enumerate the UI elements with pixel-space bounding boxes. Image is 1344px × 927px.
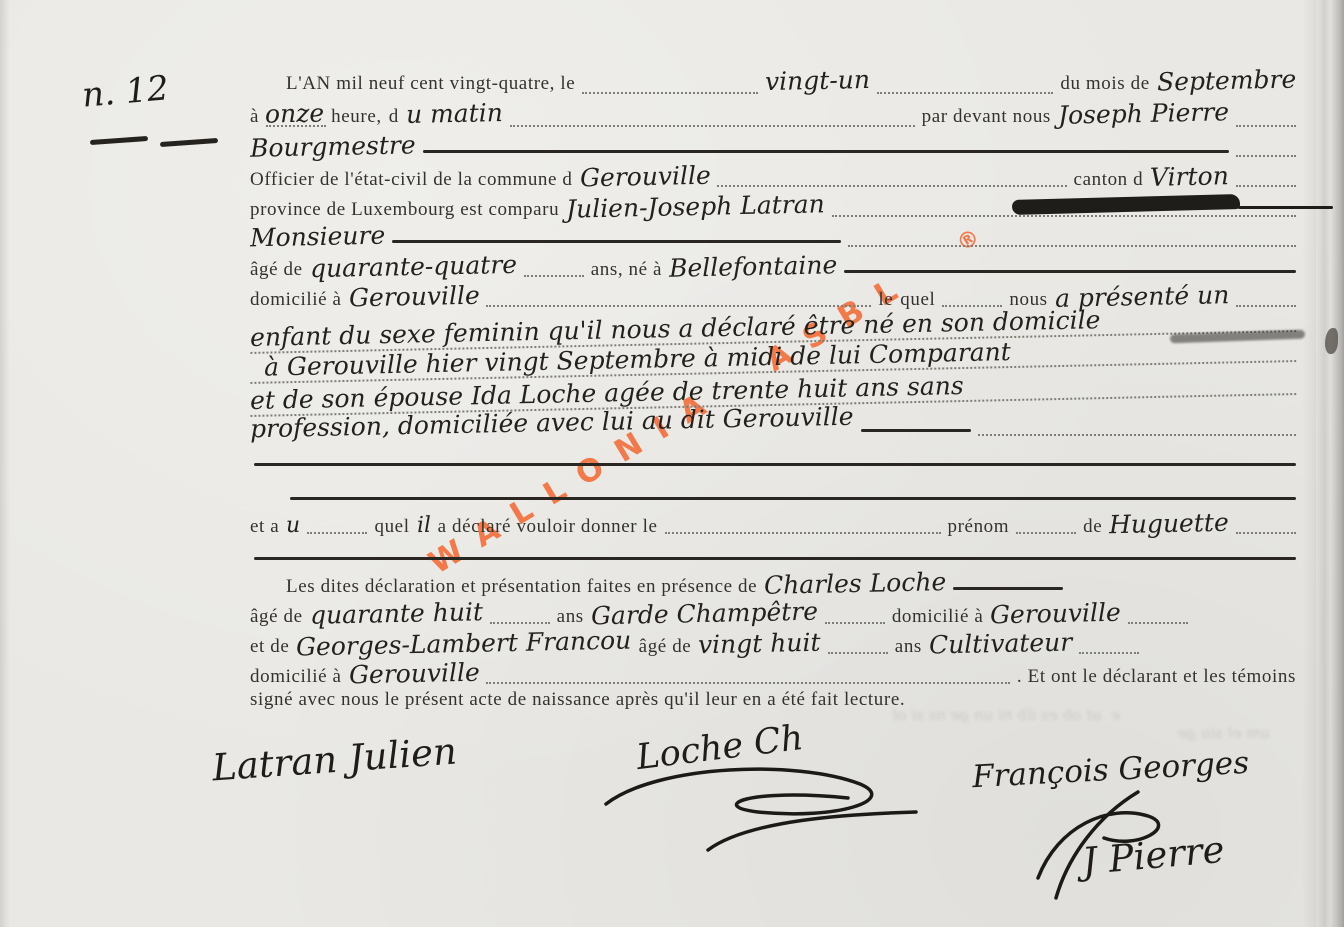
act-line: L'AN mil neuf cent vingt-quatre, le ving… [250,66,1296,99]
pen-stroke [953,587,1063,590]
handwritten-text: Gerouville [348,658,479,690]
printed-text: quel [374,516,409,538]
act-line [250,475,1296,509]
form-blank [1236,185,1296,187]
printed-text: ans, né à [591,259,662,281]
handwritten-text: Charles Loche [764,567,947,600]
handwritten-text: Julien-Joseph Latran [566,189,825,223]
printed-text: de [1083,516,1102,538]
margin-underline [90,136,148,145]
printed-text: Officier de l'état-civil de la commune d [250,169,573,191]
act-line: et de Georges-Lambert Francou âgé de vin… [250,629,1296,659]
act-line: Les dites déclaration et présentation fa… [250,569,1296,599]
form-blank [828,652,888,654]
printed-text: et de [250,636,289,658]
handwritten-text: quarante-quatre [309,250,517,283]
act-line [250,441,1296,475]
act-line [250,539,1296,569]
handwritten-text: Septembre [1156,65,1296,97]
act-line: et a u quel il a déclaré vouloir donner … [250,509,1296,539]
form-blank [582,92,758,94]
form-blank [877,92,1053,94]
form-blank [1236,125,1296,127]
ink-blot-tail [1238,206,1333,209]
form-blank [825,622,885,624]
act-line: âgé de quarante-quatre ans, né à Bellefo… [250,252,1296,282]
printed-text: du mois de [1060,73,1149,95]
form-blank [832,215,1296,217]
form-blank [486,305,871,307]
handwritten-text: vingt huit [698,628,821,660]
printed-text: ans [895,636,922,658]
pen-stroke [392,240,840,243]
handwritten-text: profession, domiciliée avec lui au dit G… [250,402,854,444]
printed-text: domicilié à [250,289,342,311]
printed-text: par devant nous [922,106,1051,128]
printed-text: et a [250,516,279,538]
handwritten-text: Bourgmestre [250,130,416,162]
printed-text: . Et ont le déclarant et les témoins [1017,666,1296,688]
printed-text: ans [557,606,584,628]
bleed-through-text: um el siu ge [1030,724,1270,742]
form-blank [524,275,584,277]
pen-stroke [254,463,1296,466]
handwritten-text: vingt-un [765,65,871,96]
form-blank [665,532,941,534]
printed-text: domicilié à [250,666,342,688]
form-blank [978,434,1296,436]
printed-text: canton d [1074,169,1144,191]
form-blank [848,245,1296,247]
handwritten-text: Joseph Pierre [1058,97,1230,130]
handwritten-text: Gerouville [348,281,479,313]
printed-text: L'AN mil neuf cent vingt-quatre, le [286,73,575,95]
act-line: Bourgmestre [250,132,1296,162]
pen-stroke [254,557,1296,560]
printed-text: à [250,106,259,128]
form-blank [1016,532,1076,534]
printed-text: heure, [331,106,382,128]
paper-binding-edge [1314,0,1344,927]
printed-text: a déclaré vouloir donner le [438,516,658,538]
form-blank [307,532,367,534]
signature-declarant: Latran Julien [211,730,458,790]
act-line: à onze heure, d u matin par devant nous … [250,99,1296,132]
margin-act-number: n. 12 [80,68,170,115]
act-line: domicilié à Gerouville . Et ont le décla… [250,659,1296,689]
handwritten-text: il [416,513,431,538]
printed-text: prénom [948,516,1010,538]
act-line: Monsieure [250,222,1296,252]
printed-text: le [878,289,893,311]
paper-edge-tear [1325,328,1338,354]
handwritten-text: Virton [1150,161,1229,192]
handwritten-text: Georges-Lambert Francou [296,625,632,661]
handwritten-text: quarante huit [309,597,483,630]
form-blank [1128,622,1188,624]
handwritten-text: Huguette [1109,508,1229,540]
act-line: profession, domiciliée avec lui au dit G… [250,408,1296,441]
signature-flourish [598,762,928,857]
bleed-through-text: e ut ob es ilb ni un ge ns si ol [700,706,1120,724]
pen-stroke [861,429,971,432]
form-blank [486,682,1010,684]
form-blank [717,185,1066,187]
form-blank [490,622,550,624]
handwritten-text: u matin [406,98,503,129]
printed-text: âgé de [250,259,303,281]
act-line: Officier de l'état-civil de la commune d… [250,162,1296,192]
pen-stroke [290,497,1296,500]
handwritten-text: Monsieure [250,221,386,253]
pen-stroke [423,150,1229,153]
printed-text: domicilié à [892,606,984,628]
handwritten-text: onze [265,98,325,128]
handwritten-text: Gerouville [579,161,710,193]
handwritten-text: Bellefontaine [669,250,838,283]
printed-text: province de Luxembourg est comparu [250,199,559,221]
margin-underline [160,138,218,147]
pen-stroke [844,270,1296,273]
printed-text: âgé de [639,636,692,658]
handwritten-text: Gerouville [990,598,1121,630]
form-blank [510,125,915,127]
handwritten-text: Cultivateur [929,628,1073,660]
printed-text: âgé de [250,606,303,628]
printed-text: d [389,106,399,128]
act-line: âgé de quarante huit ans Garde Champêtre… [250,599,1296,629]
paper-left-edge [0,0,10,927]
birth-certificate-scan: n. 12 WALLONIA ASBL ® L'AN mil neuf cent… [0,0,1344,927]
printed-text: Les dites déclaration et présentation fa… [286,576,757,598]
handwritten-text: u [286,513,301,538]
form-blank [1236,532,1296,534]
form-blank [1079,652,1139,654]
act-body: L'AN mil neuf cent vingt-quatre, le ving… [250,66,1296,719]
form-blank [1236,155,1296,157]
